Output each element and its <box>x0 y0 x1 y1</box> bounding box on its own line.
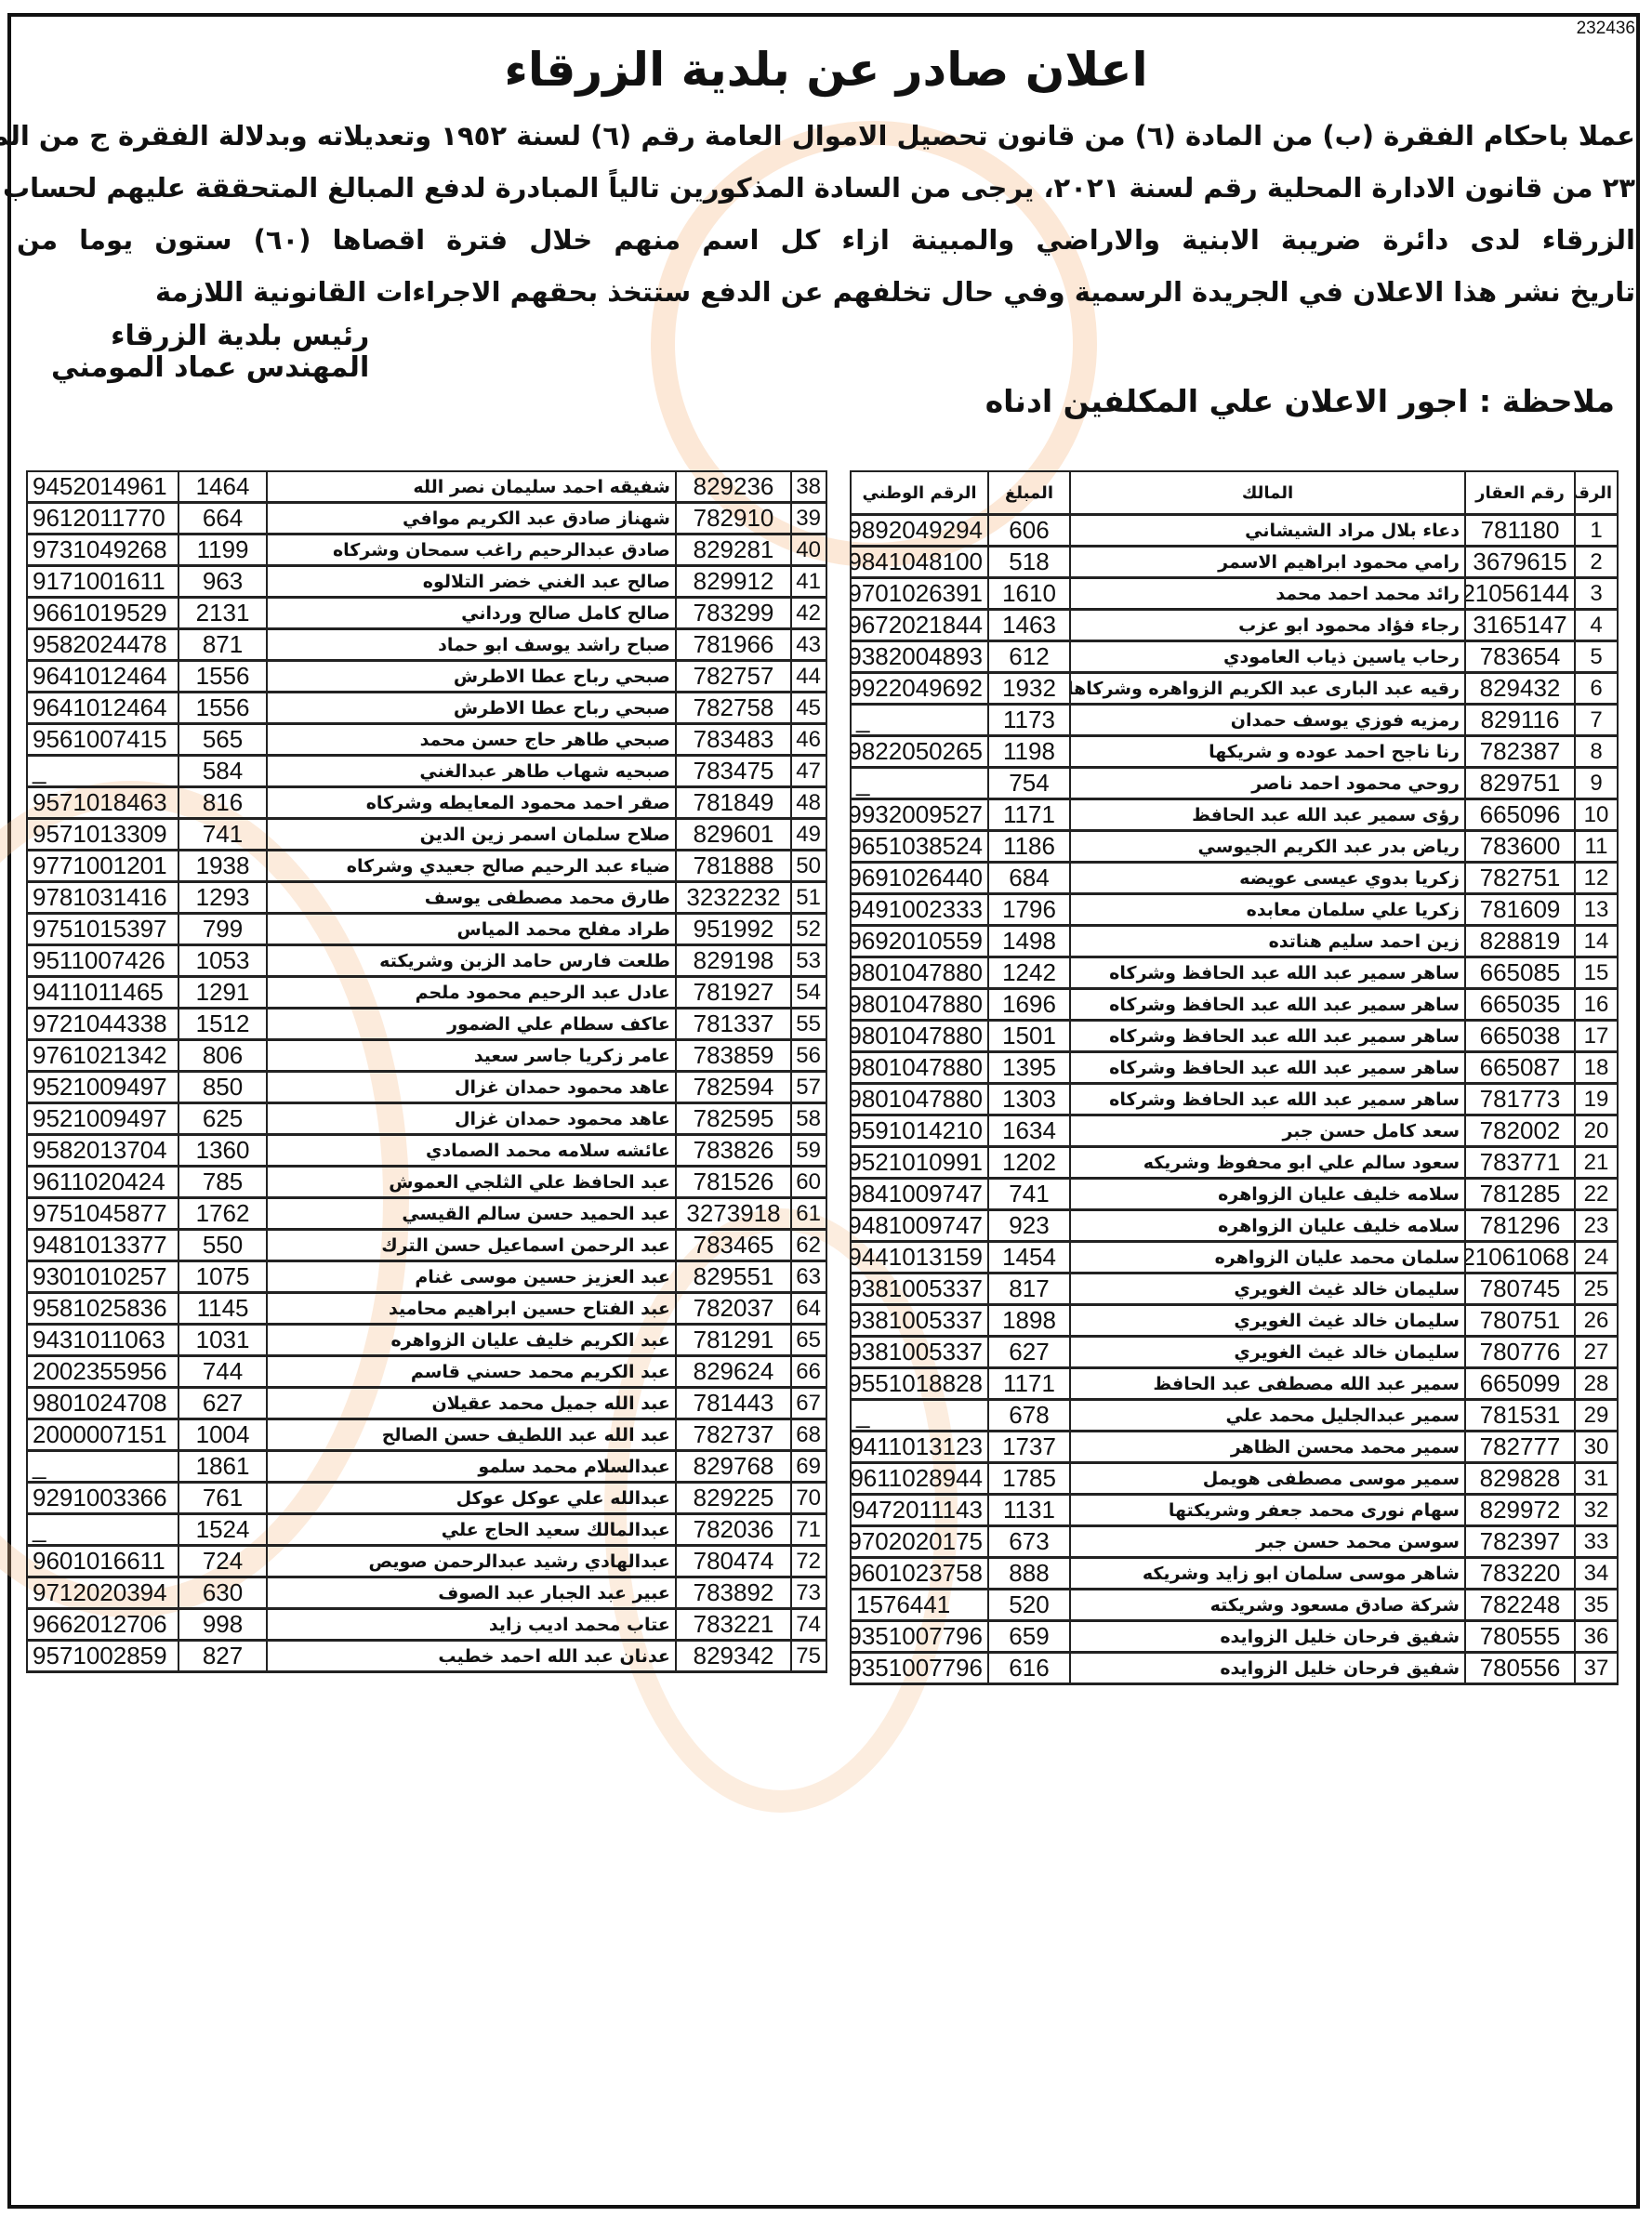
table-row: 66 829624 عبد الكريم محمد حسني قاسم 744 … <box>27 1356 826 1388</box>
cell-owner: صباح راشد يوسف ابو حماد <box>267 629 676 661</box>
cell-amount: 1463 <box>988 610 1070 641</box>
table-row: 30 782777 سمير محمد محسن الظاهر 1737 941… <box>851 1432 1618 1463</box>
cell-index: 53 <box>791 945 826 977</box>
cell-index: 55 <box>791 1009 826 1040</box>
cell-national-id: 9521009497 <box>27 1072 178 1103</box>
cell-national-id: 9491002333 <box>851 894 988 926</box>
cell-amount: 744 <box>178 1356 267 1388</box>
cell-owner: صالح عبد الغني خضر التلالوه <box>267 566 676 598</box>
signature-title: رئيس بلدية الزرقاء <box>51 321 369 352</box>
cell-national-id: 9751015397 <box>27 914 178 945</box>
owners-table-right: الرقم رقم العقار المالك المبلغ الرقم الو… <box>850 470 1619 1685</box>
table-row: 24 21061068 سلمان محمد عليان الزواهره 14… <box>851 1242 1618 1273</box>
table-row: 19 781773 ساهر سمير عبد الله عبد الحافظ … <box>851 1084 1618 1115</box>
table-row: 6 829432 رقيه عبد البارى عبد الكريم الزو… <box>851 673 1618 705</box>
table-row: 48 781849 صقر احمد محمود المعايطه وشركاه… <box>27 787 826 819</box>
cell-index: 2 <box>1575 547 1618 578</box>
cell-amount: 799 <box>178 914 267 945</box>
cell-index: 3 <box>1575 578 1618 610</box>
header-amount: المبلغ <box>988 471 1070 515</box>
cell-owner: عبد الفتاح حسين ابراهيم محاميد <box>267 1293 676 1325</box>
cell-property-no: 3679615 <box>1465 547 1575 578</box>
table-row: 33 782397 سوسن محمد حسن جبر 673 97020201… <box>851 1526 1618 1558</box>
cell-owner: سلامه خليف عليان الزواهره <box>1070 1210 1465 1242</box>
cell-property-no: 780776 <box>1465 1337 1575 1368</box>
cell-property-no: 782036 <box>676 1514 791 1546</box>
cell-amount: 1395 <box>988 1052 1070 1084</box>
signature-name: المهندس عماد المومني <box>51 352 369 384</box>
cell-index: 23 <box>1575 1210 1618 1242</box>
cell-index: 36 <box>1575 1621 1618 1653</box>
cell-index: 60 <box>791 1167 826 1198</box>
cell-national-id: 9381005337 <box>851 1337 988 1368</box>
cell-national-id: 9611020424 <box>27 1167 178 1198</box>
cell-national-id: 9731049268 <box>27 534 178 566</box>
table-row: 37 780556 شفيق فرحان خليل الزوايده 616 9… <box>851 1653 1618 1684</box>
cell-property-no: 781291 <box>676 1325 791 1356</box>
table-row: 21 783771 سعود سالم علي ابو محفوظ وشريكه… <box>851 1147 1618 1179</box>
cell-national-id: 9411011465 <box>27 977 178 1009</box>
cell-owner: عبدالهادي رشيد عبدالرحمن صويص <box>267 1546 676 1577</box>
table-row: 23 781296 سلامه خليف عليان الزواهره 923 … <box>851 1210 1618 1242</box>
cell-national-id: 9581025836 <box>27 1293 178 1325</box>
cell-amount: 1610 <box>988 578 1070 610</box>
table-row: 25 780745 سليمان خالد غيث الغويري 817 93… <box>851 1273 1618 1305</box>
cell-national-id: 9801047880 <box>851 1021 988 1052</box>
cell-index: 42 <box>791 598 826 629</box>
cell-property-no: 780555 <box>1465 1621 1575 1653</box>
cell-national-id: _ <box>27 1451 178 1483</box>
cell-property-no: 783600 <box>1465 831 1575 863</box>
cell-amount: 998 <box>178 1609 267 1641</box>
cell-national-id: _ <box>27 1514 178 1546</box>
cell-owner: عادل عبد الرحيم محمود ملحم <box>267 977 676 1009</box>
cell-owner: رامي محمود ابراهيم الاسمر <box>1070 547 1465 578</box>
table-row: 27 780776 سليمان خالد غيث الغويري 627 93… <box>851 1337 1618 1368</box>
cell-national-id: 9431011063 <box>27 1325 178 1356</box>
cell-index: 73 <box>791 1577 826 1609</box>
cell-amount: 816 <box>178 787 267 819</box>
cell-amount: 664 <box>178 503 267 534</box>
cell-owner: عبد الله جميل محمد عقيلان <box>267 1388 676 1419</box>
cell-property-no: 780556 <box>1465 1653 1575 1684</box>
cell-amount: 625 <box>178 1103 267 1135</box>
cell-amount: 1861 <box>178 1451 267 1483</box>
cell-index: 38 <box>791 471 826 503</box>
cell-index: 40 <box>791 534 826 566</box>
cell-amount: 785 <box>178 1167 267 1198</box>
cell-property-no: 781773 <box>1465 1084 1575 1115</box>
cell-owner: ساهر سمير عبد الله عبد الحافظ وشركاه <box>1070 1052 1465 1084</box>
cell-national-id: 9441013159 <box>851 1242 988 1273</box>
cell-owner: طلعت فارس حامد الزبن وشريكته <box>267 945 676 977</box>
cell-index: 72 <box>791 1546 826 1577</box>
cell-amount: 1938 <box>178 851 267 882</box>
cell-amount: 684 <box>988 863 1070 894</box>
cell-owner: رائد محمد احمد محمد <box>1070 578 1465 610</box>
cell-property-no: 3165147 <box>1465 610 1575 641</box>
table-row: 53 829198 طلعت فارس حامد الزبن وشريكته 1… <box>27 945 826 977</box>
cell-index: 21 <box>1575 1147 1618 1179</box>
cell-index: 71 <box>791 1514 826 1546</box>
cell-property-no: 782397 <box>1465 1526 1575 1558</box>
cell-property-no: 783220 <box>1465 1558 1575 1590</box>
cell-amount: 923 <box>988 1210 1070 1242</box>
table-row: 13 781609 زكريا علي سلمان معابده 1796 94… <box>851 894 1618 926</box>
cell-owner: ساهر سمير عبد الله عبد الحافظ وشركاه <box>1070 989 1465 1021</box>
cell-national-id: 9822050265 <box>851 736 988 768</box>
table-row: 55 781337 عاكف سطام علي الضمور 1512 9721… <box>27 1009 826 1040</box>
cell-index: 29 <box>1575 1400 1618 1432</box>
cell-index: 4 <box>1575 610 1618 641</box>
cell-owner: روحي محمود احمد ناصر <box>1070 768 1465 799</box>
cell-property-no: 781849 <box>676 787 791 819</box>
cell-index: 33 <box>1575 1526 1618 1558</box>
cell-property-no: 665038 <box>1465 1021 1575 1052</box>
cell-amount: 1696 <box>988 989 1070 1021</box>
table-row: 54 781927 عادل عبد الرحيم محمود ملحم 129… <box>27 977 826 1009</box>
cell-index: 25 <box>1575 1273 1618 1305</box>
cell-national-id: 9521009497 <box>27 1103 178 1135</box>
cell-national-id: 9662012706 <box>27 1609 178 1641</box>
cell-index: 62 <box>791 1230 826 1261</box>
cell-amount: 1004 <box>178 1419 267 1451</box>
cell-property-no: 782595 <box>676 1103 791 1135</box>
cell-amount: 1075 <box>178 1261 267 1293</box>
cell-index: 69 <box>791 1451 826 1483</box>
cell-national-id: 9481009747 <box>851 1210 988 1242</box>
cell-owner: صبحيه شهاب طاهر عبدالغني <box>267 756 676 787</box>
cell-amount: 871 <box>178 629 267 661</box>
cell-owner: عبدالله علي عوكل عوكل <box>267 1483 676 1514</box>
cell-owner: صبحي رباح عطا الاطرش <box>267 693 676 724</box>
cell-national-id: _ <box>851 1400 988 1432</box>
cell-national-id: 9511007426 <box>27 945 178 977</box>
cell-property-no: 3232232 <box>676 882 791 914</box>
table-row: 9 829751 روحي محمود احمد ناصر 754 _ <box>851 768 1618 799</box>
cell-amount: 1293 <box>178 882 267 914</box>
cell-index: 54 <box>791 977 826 1009</box>
table-row: 17 665038 ساهر سمير عبد الله عبد الحافظ … <box>851 1021 1618 1052</box>
cell-property-no: 829601 <box>676 819 791 851</box>
cell-owner: ساهر سمير عبد الله عبد الحافظ وشركاه <box>1070 957 1465 989</box>
cell-index: 22 <box>1575 1179 1618 1210</box>
cell-owner: عبد الحميد حسن سالم القيسي <box>267 1198 676 1230</box>
table-row: 75 829342 عدنان عبد الله احمد خطيب 827 9… <box>27 1641 826 1672</box>
owners-table-left: 38 829236 شفيقه احمد سليمان نصر الله 146… <box>26 470 827 1673</box>
cell-index: 75 <box>791 1641 826 1672</box>
cell-owner: عبد الكريم خليف عليان الزواهره <box>267 1325 676 1356</box>
cell-property-no: 829751 <box>1465 768 1575 799</box>
body-line: الزرقاء لدى دائرة ضريبة الابنية والاراضي… <box>17 214 1635 266</box>
cell-index: 46 <box>791 724 826 756</box>
cell-national-id: 9301010257 <box>27 1261 178 1293</box>
cell-national-id: 9641012464 <box>27 693 178 724</box>
cell-property-no: 829912 <box>676 566 791 598</box>
cell-owner: سعود سالم علي ابو محفوظ وشريكه <box>1070 1147 1465 1179</box>
table-row: 4 3165147 رجاء فؤاد محمود ابو عزب 1463 9… <box>851 610 1618 641</box>
table-row: 22 781285 سلامه خليف عليان الزواهره 741 … <box>851 1179 1618 1210</box>
cell-index: 67 <box>791 1388 826 1419</box>
cell-property-no: 829225 <box>676 1483 791 1514</box>
cell-amount: 1031 <box>178 1325 267 1356</box>
cell-national-id: 9801047880 <box>851 957 988 989</box>
cell-national-id: 9761021342 <box>27 1040 178 1072</box>
cell-owner: طارق محمد مصطفى يوسف <box>267 882 676 914</box>
cell-index: 34 <box>1575 1558 1618 1590</box>
cell-owner: رمزيه فوزي يوسف حمدان <box>1070 705 1465 736</box>
table-row: 45 782758 صبحي رباح عطا الاطرش 1556 9641… <box>27 693 826 724</box>
table-row: 40 829281 صادق عبدالرحيم راغب سمحان وشرك… <box>27 534 826 566</box>
cell-owner: شفيقه احمد سليمان نصر الله <box>267 471 676 503</box>
cell-amount: 1464 <box>178 471 267 503</box>
cell-owner: سليمان خالد غيث الغويري <box>1070 1305 1465 1337</box>
cell-index: 50 <box>791 851 826 882</box>
cell-owner: عبد الله عبد اللطيف حسن الصالح <box>267 1419 676 1451</box>
cell-index: 15 <box>1575 957 1618 989</box>
body-line: ٢٣ من قانون الادارة المحلية رقم لسنة ٢٠٢… <box>17 162 1635 214</box>
cell-amount: 741 <box>178 819 267 851</box>
cell-national-id: 1576441 <box>851 1590 988 1621</box>
cell-amount: 888 <box>988 1558 1070 1590</box>
cell-owner: شفيق فرحان خليل الزوايده <box>1070 1621 1465 1653</box>
cell-property-no: 665099 <box>1465 1368 1575 1400</box>
cell-owner: عاهد محمود حمدان غزال <box>267 1103 676 1135</box>
cell-national-id: 9351007796 <box>851 1621 988 1653</box>
cell-amount: 1785 <box>988 1463 1070 1495</box>
cell-property-no: 783465 <box>676 1230 791 1261</box>
cell-property-no: 781180 <box>1465 515 1575 547</box>
cell-property-no: 829828 <box>1465 1463 1575 1495</box>
cell-amount: 565 <box>178 724 267 756</box>
cell-index: 49 <box>791 819 826 851</box>
cell-owner: عبد الرحمن اسماعيل حسن الترك <box>267 1230 676 1261</box>
cell-national-id: 9771001201 <box>27 851 178 882</box>
table-row: 3 21056144 رائد محمد احمد محمد 1610 9701… <box>851 578 1618 610</box>
cell-national-id: 9551018828 <box>851 1368 988 1400</box>
cell-property-no: 783859 <box>676 1040 791 1072</box>
cell-property-no: 781285 <box>1465 1179 1575 1210</box>
cell-property-no: 783475 <box>676 756 791 787</box>
cell-index: 45 <box>791 693 826 724</box>
cell-amount: 1556 <box>178 693 267 724</box>
cell-property-no: 781526 <box>676 1167 791 1198</box>
cell-owner: ضياء عبد الرحيم صالح جعيدي وشركاه <box>267 851 676 882</box>
cell-owner: دعاء بلال مراد الشيشاني <box>1070 515 1465 547</box>
table-row: 50 781888 ضياء عبد الرحيم صالح جعيدي وشر… <box>27 851 826 882</box>
cell-amount: 1932 <box>988 673 1070 705</box>
cell-national-id: 9411013123 <box>851 1432 988 1463</box>
cell-national-id: 9801047880 <box>851 1052 988 1084</box>
cell-amount: 627 <box>178 1388 267 1419</box>
announcement-body: عملا باحكام الفقرة (ب) من المادة (٦) من … <box>17 110 1635 318</box>
cell-owner: عتاب محمد اديب زايد <box>267 1609 676 1641</box>
cell-national-id: 9801047880 <box>851 1084 988 1115</box>
table-row: 61 3273918 عبد الحميد حسن سالم القيسي 17… <box>27 1198 826 1230</box>
cell-owner: سلمان محمد عليان الزواهره <box>1070 1242 1465 1273</box>
cell-owner: رياض بدر عبد الكريم الجيوسي <box>1070 831 1465 863</box>
table-row: 72 780474 عبدالهادي رشيد عبدالرحمن صويص … <box>27 1546 826 1577</box>
table-row: 68 782737 عبد الله عبد اللطيف حسن الصالح… <box>27 1419 826 1451</box>
cell-national-id: 9582024478 <box>27 629 178 661</box>
cell-property-no: 829198 <box>676 945 791 977</box>
cell-property-no: 782758 <box>676 693 791 724</box>
cell-index: 35 <box>1575 1590 1618 1621</box>
cell-amount: 1303 <box>988 1084 1070 1115</box>
cell-national-id: 9692010559 <box>851 926 988 957</box>
table-row: 47 783475 صبحيه شهاب طاهر عبدالغني 584 _ <box>27 756 826 787</box>
cell-national-id: 9612011770 <box>27 503 178 534</box>
table-row: 7 829116 رمزيه فوزي يوسف حمدان 1173 _ <box>851 705 1618 736</box>
cell-property-no: 781966 <box>676 629 791 661</box>
cell-owner: عامر زكريا جاسر سعيد <box>267 1040 676 1072</box>
cell-property-no: 665035 <box>1465 989 1575 1021</box>
cell-national-id: 2000007151 <box>27 1419 178 1451</box>
cell-amount: 606 <box>988 515 1070 547</box>
cell-property-no: 783654 <box>1465 641 1575 673</box>
cell-property-no: 781609 <box>1465 894 1575 926</box>
cell-property-no: 781337 <box>676 1009 791 1040</box>
table-row: 51 3232232 طارق محمد مصطفى يوسف 1293 978… <box>27 882 826 914</box>
cell-national-id: 9571002859 <box>27 1641 178 1672</box>
cell-owner: سمير موسى مصطفى هويمل <box>1070 1463 1465 1495</box>
cell-index: 18 <box>1575 1052 1618 1084</box>
cell-amount: 1796 <box>988 894 1070 926</box>
cell-index: 8 <box>1575 736 1618 768</box>
cell-property-no: 665087 <box>1465 1052 1575 1084</box>
cell-index: 47 <box>791 756 826 787</box>
cell-national-id: 9601023758 <box>851 1558 988 1590</box>
cell-amount: 1512 <box>178 1009 267 1040</box>
table-row: 31 829828 سمير موسى مصطفى هويمل 1785 961… <box>851 1463 1618 1495</box>
cell-national-id: 9452014961 <box>27 471 178 503</box>
cell-amount: 1762 <box>178 1198 267 1230</box>
cell-national-id: 9712020394 <box>27 1577 178 1609</box>
table-row: 63 829551 عبد العزيز حسين موسى غنام 1075… <box>27 1261 826 1293</box>
cell-index: 65 <box>791 1325 826 1356</box>
cell-national-id: 9841009747 <box>851 1179 988 1210</box>
cell-property-no: 783483 <box>676 724 791 756</box>
table-row: 15 665085 ساهر سمير عبد الله عبد الحافظ … <box>851 957 1618 989</box>
table-row: 62 783465 عبد الرحمن اسماعيل حسن الترك 5… <box>27 1230 826 1261</box>
table-header-row: الرقم رقم العقار المالك المبلغ الرقم الو… <box>851 471 1618 515</box>
cell-national-id: 9721044338 <box>27 1009 178 1040</box>
cell-owner: عائشه سلامه محمد الصمادي <box>267 1135 676 1167</box>
cell-national-id: 9611028944 <box>851 1463 988 1495</box>
cell-owner: صبحي رباح عطا الاطرش <box>267 661 676 693</box>
cell-index: 59 <box>791 1135 826 1167</box>
cell-national-id: _ <box>27 756 178 787</box>
cell-index: 17 <box>1575 1021 1618 1052</box>
cell-owner: رقيه عبد البارى عبد الكريم الزواهره وشرك… <box>1070 673 1465 705</box>
cell-amount: 616 <box>988 1653 1070 1684</box>
table-row: 38 829236 شفيقه احمد سليمان نصر الله 146… <box>27 471 826 503</box>
table-row: 26 780751 سليمان خالد غيث الغويري 1898 9… <box>851 1305 1618 1337</box>
cell-property-no: 781296 <box>1465 1210 1575 1242</box>
cell-property-no: 783892 <box>676 1577 791 1609</box>
cell-owner: عبد الكريم محمد حسني قاسم <box>267 1356 676 1388</box>
cell-amount: 2131 <box>178 598 267 629</box>
cell-amount: 1053 <box>178 945 267 977</box>
cell-national-id: 9892049294 <box>851 515 988 547</box>
cell-owner: سلامه خليف عليان الزواهره <box>1070 1179 1465 1210</box>
cell-owner: عبدالمالك سعيد الحاج علي <box>267 1514 676 1546</box>
cell-property-no: 782002 <box>1465 1115 1575 1147</box>
cell-owner: رحاب ياسين ذياب العامودي <box>1070 641 1465 673</box>
cell-index: 74 <box>791 1609 826 1641</box>
cell-index: 70 <box>791 1483 826 1514</box>
table-row: 43 781966 صباح راشد يوسف ابو حماد 871 95… <box>27 629 826 661</box>
cell-owner: سمير عبد الله مصطفى عبد الحافظ <box>1070 1368 1465 1400</box>
cell-index: 56 <box>791 1040 826 1072</box>
signature-block: رئيس بلدية الزرقاء المهندس عماد المومني <box>51 321 369 384</box>
cell-index: 68 <box>791 1419 826 1451</box>
cell-owner: سمير عبدالجليل محمد علي <box>1070 1400 1465 1432</box>
table-row: 67 781443 عبد الله جميل محمد عقيلان 627 … <box>27 1388 826 1419</box>
cell-amount: 1498 <box>988 926 1070 957</box>
cell-index: 61 <box>791 1198 826 1230</box>
cell-amount: 754 <box>988 768 1070 799</box>
cell-national-id: 9601016611 <box>27 1546 178 1577</box>
cell-national-id: 9701026391 <box>851 578 988 610</box>
table-row: 34 783220 شاهر موسى سلمان ابو زايد وشريك… <box>851 1558 1618 1590</box>
cell-owner: شركة صادق مسعود وشريكته <box>1070 1590 1465 1621</box>
cell-amount: 1186 <box>988 831 1070 863</box>
cell-property-no: 3273918 <box>676 1198 791 1230</box>
cell-index: 43 <box>791 629 826 661</box>
cell-amount: 659 <box>988 1621 1070 1653</box>
cell-property-no: 780745 <box>1465 1273 1575 1305</box>
cell-amount: 1199 <box>178 534 267 566</box>
cell-index: 9 <box>1575 768 1618 799</box>
note: ملاحظة : اجور الاعلان علي المكلفين ادناه <box>985 383 1615 419</box>
cell-national-id: 9381005337 <box>851 1305 988 1337</box>
cell-amount: 741 <box>988 1179 1070 1210</box>
table-row: 14 828819 زين احمد سليم هناتده 1498 9692… <box>851 926 1618 957</box>
header-national-id: الرقم الوطني <box>851 471 988 515</box>
cell-owner: سهام نورى محمد جعفر وشريكتها <box>1070 1495 1465 1526</box>
cell-index: 6 <box>1575 673 1618 705</box>
cell-national-id: 9571018463 <box>27 787 178 819</box>
cell-amount: 627 <box>988 1337 1070 1368</box>
cell-index: 31 <box>1575 1463 1618 1495</box>
cell-index: 48 <box>791 787 826 819</box>
cell-amount: 1171 <box>988 1368 1070 1400</box>
table-row: 2 3679615 رامي محمود ابراهيم الاسمر 518 … <box>851 547 1618 578</box>
cell-owner: زكريا بدوي عيسى عويضه <box>1070 863 1465 894</box>
cell-owner: طراد مفلح محمد المياس <box>267 914 676 945</box>
table-row: 64 782037 عبد الفتاح حسين ابراهيم محاميد… <box>27 1293 826 1325</box>
cell-index: 30 <box>1575 1432 1618 1463</box>
table-row: 41 829912 صالح عبد الغني خضر التلالوه 96… <box>27 566 826 598</box>
table-row: 20 782002 سعد كامل حسن جبر 1634 95910142… <box>851 1115 1618 1147</box>
table-row: 8 782387 رنا ناجح احمد عوده و شريكها 119… <box>851 736 1618 768</box>
cell-amount: 724 <box>178 1546 267 1577</box>
cell-owner: صقر احمد محمود المعايطه وشركاه <box>267 787 676 819</box>
cell-property-no: 782387 <box>1465 736 1575 768</box>
table-row: 46 783483 صبحي طاهر حاج حسن محمد 565 956… <box>27 724 826 756</box>
cell-amount: 673 <box>988 1526 1070 1558</box>
cell-index: 12 <box>1575 863 1618 894</box>
table-row: 18 665087 ساهر سمير عبد الله عبد الحافظ … <box>851 1052 1618 1084</box>
table-row: 12 782751 زكريا بدوي عيسى عويضه 684 9691… <box>851 863 1618 894</box>
cell-owner: عاهد محمود حمدان غزال <box>267 1072 676 1103</box>
cell-owner: سعد كامل حسن جبر <box>1070 1115 1465 1147</box>
cell-amount: 1242 <box>988 957 1070 989</box>
table-row: 69 829768 عبدالسلام محمد سلمو 1861 _ <box>27 1451 826 1483</box>
table-row: 42 783299 صالح كامل صالح ورداني 2131 966… <box>27 598 826 629</box>
cell-amount: 1634 <box>988 1115 1070 1147</box>
